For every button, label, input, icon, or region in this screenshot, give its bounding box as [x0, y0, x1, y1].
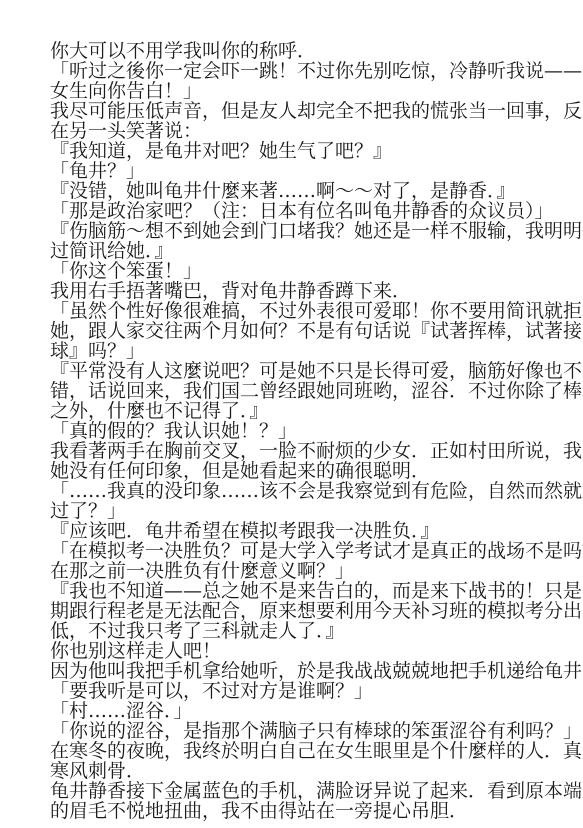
text-line: 「要我听是可以，不过对方是谁啊？」	[50, 681, 530, 701]
text-line: 『伤脑筋～想不到她会到门口堵我？她还是一样不服输，我明明传	[50, 221, 530, 241]
text-line: 她没有任何印象，但是她看起来的确很聪明．	[50, 461, 530, 481]
text-line: 我尽可能压低声音，但是友人却完全不把我的慌张当一回事，反而	[50, 101, 530, 121]
text-line: 过简讯给她．』	[50, 241, 530, 261]
text-line: 「听过之後你一定会吓一跳！不过你先别吃惊，冷静听我说——有	[50, 61, 530, 81]
text-line: 之外，什麼也不记得了．』	[50, 401, 530, 421]
text-line: 女生向你告白！」	[50, 81, 530, 101]
text-line: 我用右手捂著嘴巴，背对龟井静香蹲下来．	[50, 281, 530, 301]
text-line: 的眉毛不悦地扭曲，我不由得站在一旁提心吊胆．	[50, 801, 530, 821]
text-line: 龟井静香接下金属蓝色的手机，满脸讶异说了起来．看到原本端正	[50, 781, 530, 801]
text-line: 过了？」	[50, 501, 530, 521]
text-line: 「真的假的？我认识她！？」	[50, 421, 530, 441]
text-line: 『我也不知道——总之她不是来告白的，而是来下战书的！只是日	[50, 581, 530, 601]
text-line: 因为他叫我把手机拿给她听，於是我战战兢兢地把手机递给龟井．	[50, 661, 530, 681]
text-line: 「那是政治家吧？（注：日本有位名叫龟井静香的众议员）」	[50, 201, 530, 221]
text-line: 在寒冬的夜晚，我终於明白自己在女生眼里是个什麼样的人．真是	[50, 741, 530, 761]
text-line: 错，话说回来，我们国二曾经跟她同班哟，涩谷．不过你除了棒球	[50, 381, 530, 401]
text-line: 『我知道，是龟井对吧？她生气了吧？』	[50, 141, 530, 161]
text-line: 「村……涩谷．」	[50, 701, 530, 721]
text-line: 「在模拟考一决胜负？可是大学入学考试才是真正的战场不是吗？	[50, 541, 530, 561]
text-line: 在那之前一决胜负有什麼意义啊？」	[50, 561, 530, 581]
text-line: 『没错，她叫龟井什麼来著……啊～～对了，是静香．』	[50, 181, 530, 201]
text-line: 『应该吧．龟井希望在模拟考跟我一决胜负．』	[50, 521, 530, 541]
text-line: 「龟井？」	[50, 161, 530, 181]
text-line: 「虽然个性好像很难搞，不过外表很可爱耶！你不要用简讯就拒绝	[50, 301, 530, 321]
text-line: 「你这个笨蛋！」	[50, 261, 530, 281]
text-line: 寒风刺骨．	[50, 761, 530, 781]
document-page: 你大可以不用学我叫你的称呼． 「听过之後你一定会吓一跳！不过你先别吃惊，冷静听我…	[50, 41, 530, 821]
text-line: 「你说的涩谷，是指那个满脑子只有棒球的笨蛋涩谷有利吗？」	[50, 721, 530, 741]
text-line: 在另一头笑著说：	[50, 121, 530, 141]
text-line: 低，不过我只考了三科就走人了．』	[50, 621, 530, 641]
text-line: 你也别这样走人吧！	[50, 641, 530, 661]
text-line: 「……我真的没印象……该不会是我察觉到有危险，自然而然就跳	[50, 481, 530, 501]
text-line: 『平常没有人这麼说吧？可是她不只是长得可爱，脑筋好像也不	[50, 361, 530, 381]
text-line: 我看著两手在胸前交叉，一脸不耐烦的少女．正如村田所说，我对	[50, 441, 530, 461]
text-line: 期跟行程老是无法配合，原来想要利用今天补习班的模拟考分出高	[50, 601, 530, 621]
text-line: 球』吗？」	[50, 341, 530, 361]
text-line: 你大可以不用学我叫你的称呼．	[50, 41, 530, 61]
text-line: 她，跟人家交往两个月如何？不是有句话说『试著挥棒，试著接	[50, 321, 530, 341]
